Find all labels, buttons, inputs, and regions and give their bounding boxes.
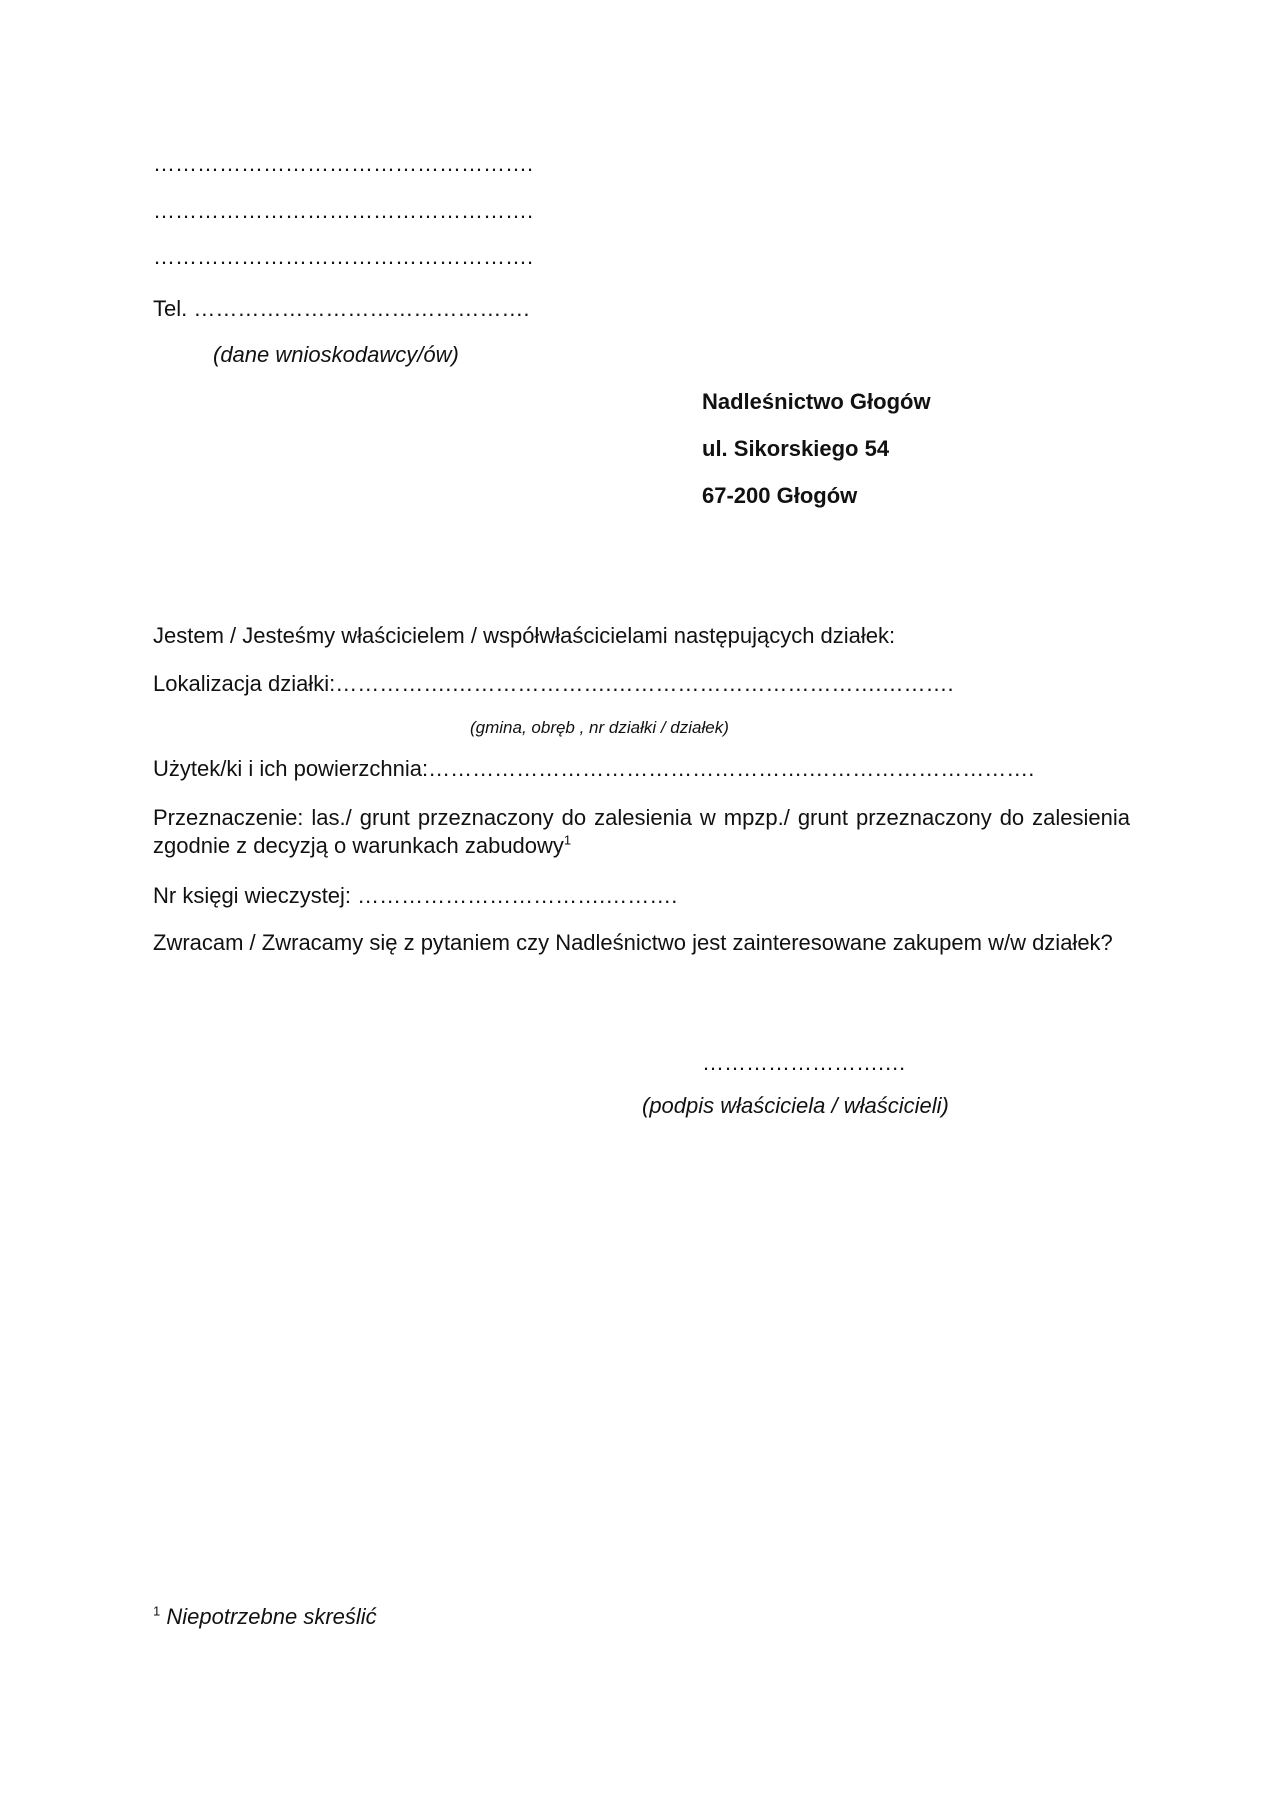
applicant-phone-row: Tel. ………………………………………. [153,295,530,323]
recipient-city: 67-200 Głogów [702,482,857,510]
location-hint: (gmina, obręb , nr działki / działek) [470,714,729,742]
ownership-statement: Jestem / Jesteśmy właścicielem / współwł… [153,622,895,650]
location-row: Lokalizacja działki:…………….………………….………………… [153,670,954,698]
recipient-street: ul. Sikorskiego 54 [702,435,889,463]
phone-field[interactable]: ………………………………………. [193,296,529,321]
land-register-row: Nr księgi wieczystej: …………………………….………. [153,882,677,910]
footnote-text: Niepotrzebne skreślić [166,1604,376,1629]
land-register-label: Nr księgi wieczystej: [153,883,351,908]
footnote-ref: 1 [564,833,571,848]
purpose-paragraph: Przeznaczenie: las./ grunt przeznaczony … [153,804,1130,860]
land-use-field[interactable]: …………………………………………….…………………………. [428,756,1034,781]
signature-line[interactable]: …………………….… [702,1049,906,1077]
purpose-text: Przeznaczenie: las./ grunt przeznaczony … [153,805,1130,858]
land-register-field[interactable]: …………………………….………. [357,883,677,908]
applicant-address-line-3[interactable]: ……………………………………………. [153,243,533,271]
footnote-number: 1 [153,1604,160,1619]
question-paragraph: Zwracam / Zwracamy się z pytaniem czy Na… [153,929,1130,957]
signature-caption: (podpis właściciela / właścicieli) [642,1092,949,1120]
applicant-address-line-2[interactable]: ……………………………………………. [153,197,533,225]
phone-label: Tel. [153,296,187,321]
applicant-address-line-1[interactable]: ……………………………………………. [153,150,533,178]
land-use-row: Użytek/ki i ich powierzchnia:……………………………… [153,755,1034,783]
land-use-label: Użytek/ki i ich powierzchnia: [153,756,428,781]
recipient-name: Nadleśnictwo Głogów [702,388,931,416]
location-field[interactable]: …………….………………….……………………………….………. [335,671,953,696]
applicant-caption: (dane wnioskodawcy/ów) [213,341,459,369]
footnote: 1 Niepotrzebne skreślić [153,1603,377,1631]
location-label: Lokalizacja działki: [153,671,335,696]
